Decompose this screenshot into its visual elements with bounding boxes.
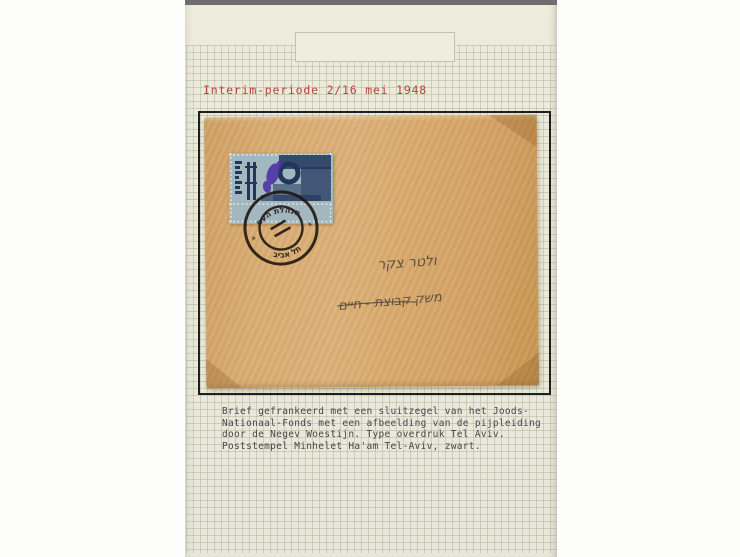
stamp-block bbox=[229, 153, 333, 224]
stamp-artwork bbox=[229, 153, 333, 224]
caption-line: Nationaal-Fonds met een afbeelding van d… bbox=[222, 418, 552, 430]
header-tab-box bbox=[295, 32, 455, 62]
page-title: Interim-periode 2/16 mei 1948 bbox=[203, 83, 427, 97]
photo-of-album-page: Interim-periode 2/16 mei 1948 bbox=[0, 0, 740, 557]
page-top-edge bbox=[185, 0, 557, 5]
envelope-corner-fold-bottom-left bbox=[206, 358, 242, 388]
envelope-corner-fold-top-right bbox=[489, 115, 537, 148]
caption-line: Brief gefrankeerd met een sluitzegel van… bbox=[222, 406, 552, 418]
envelope-corner-fold-bottom-right bbox=[496, 353, 539, 386]
typed-caption: Brief gefrankeerd met een sluitzegel van… bbox=[222, 406, 552, 452]
caption-line: Poststempel Minhelet Ha'am Tel-Aviv, zwa… bbox=[222, 441, 552, 453]
caption-line: door de Negev Woestijn. Type overdruk Te… bbox=[222, 429, 552, 441]
